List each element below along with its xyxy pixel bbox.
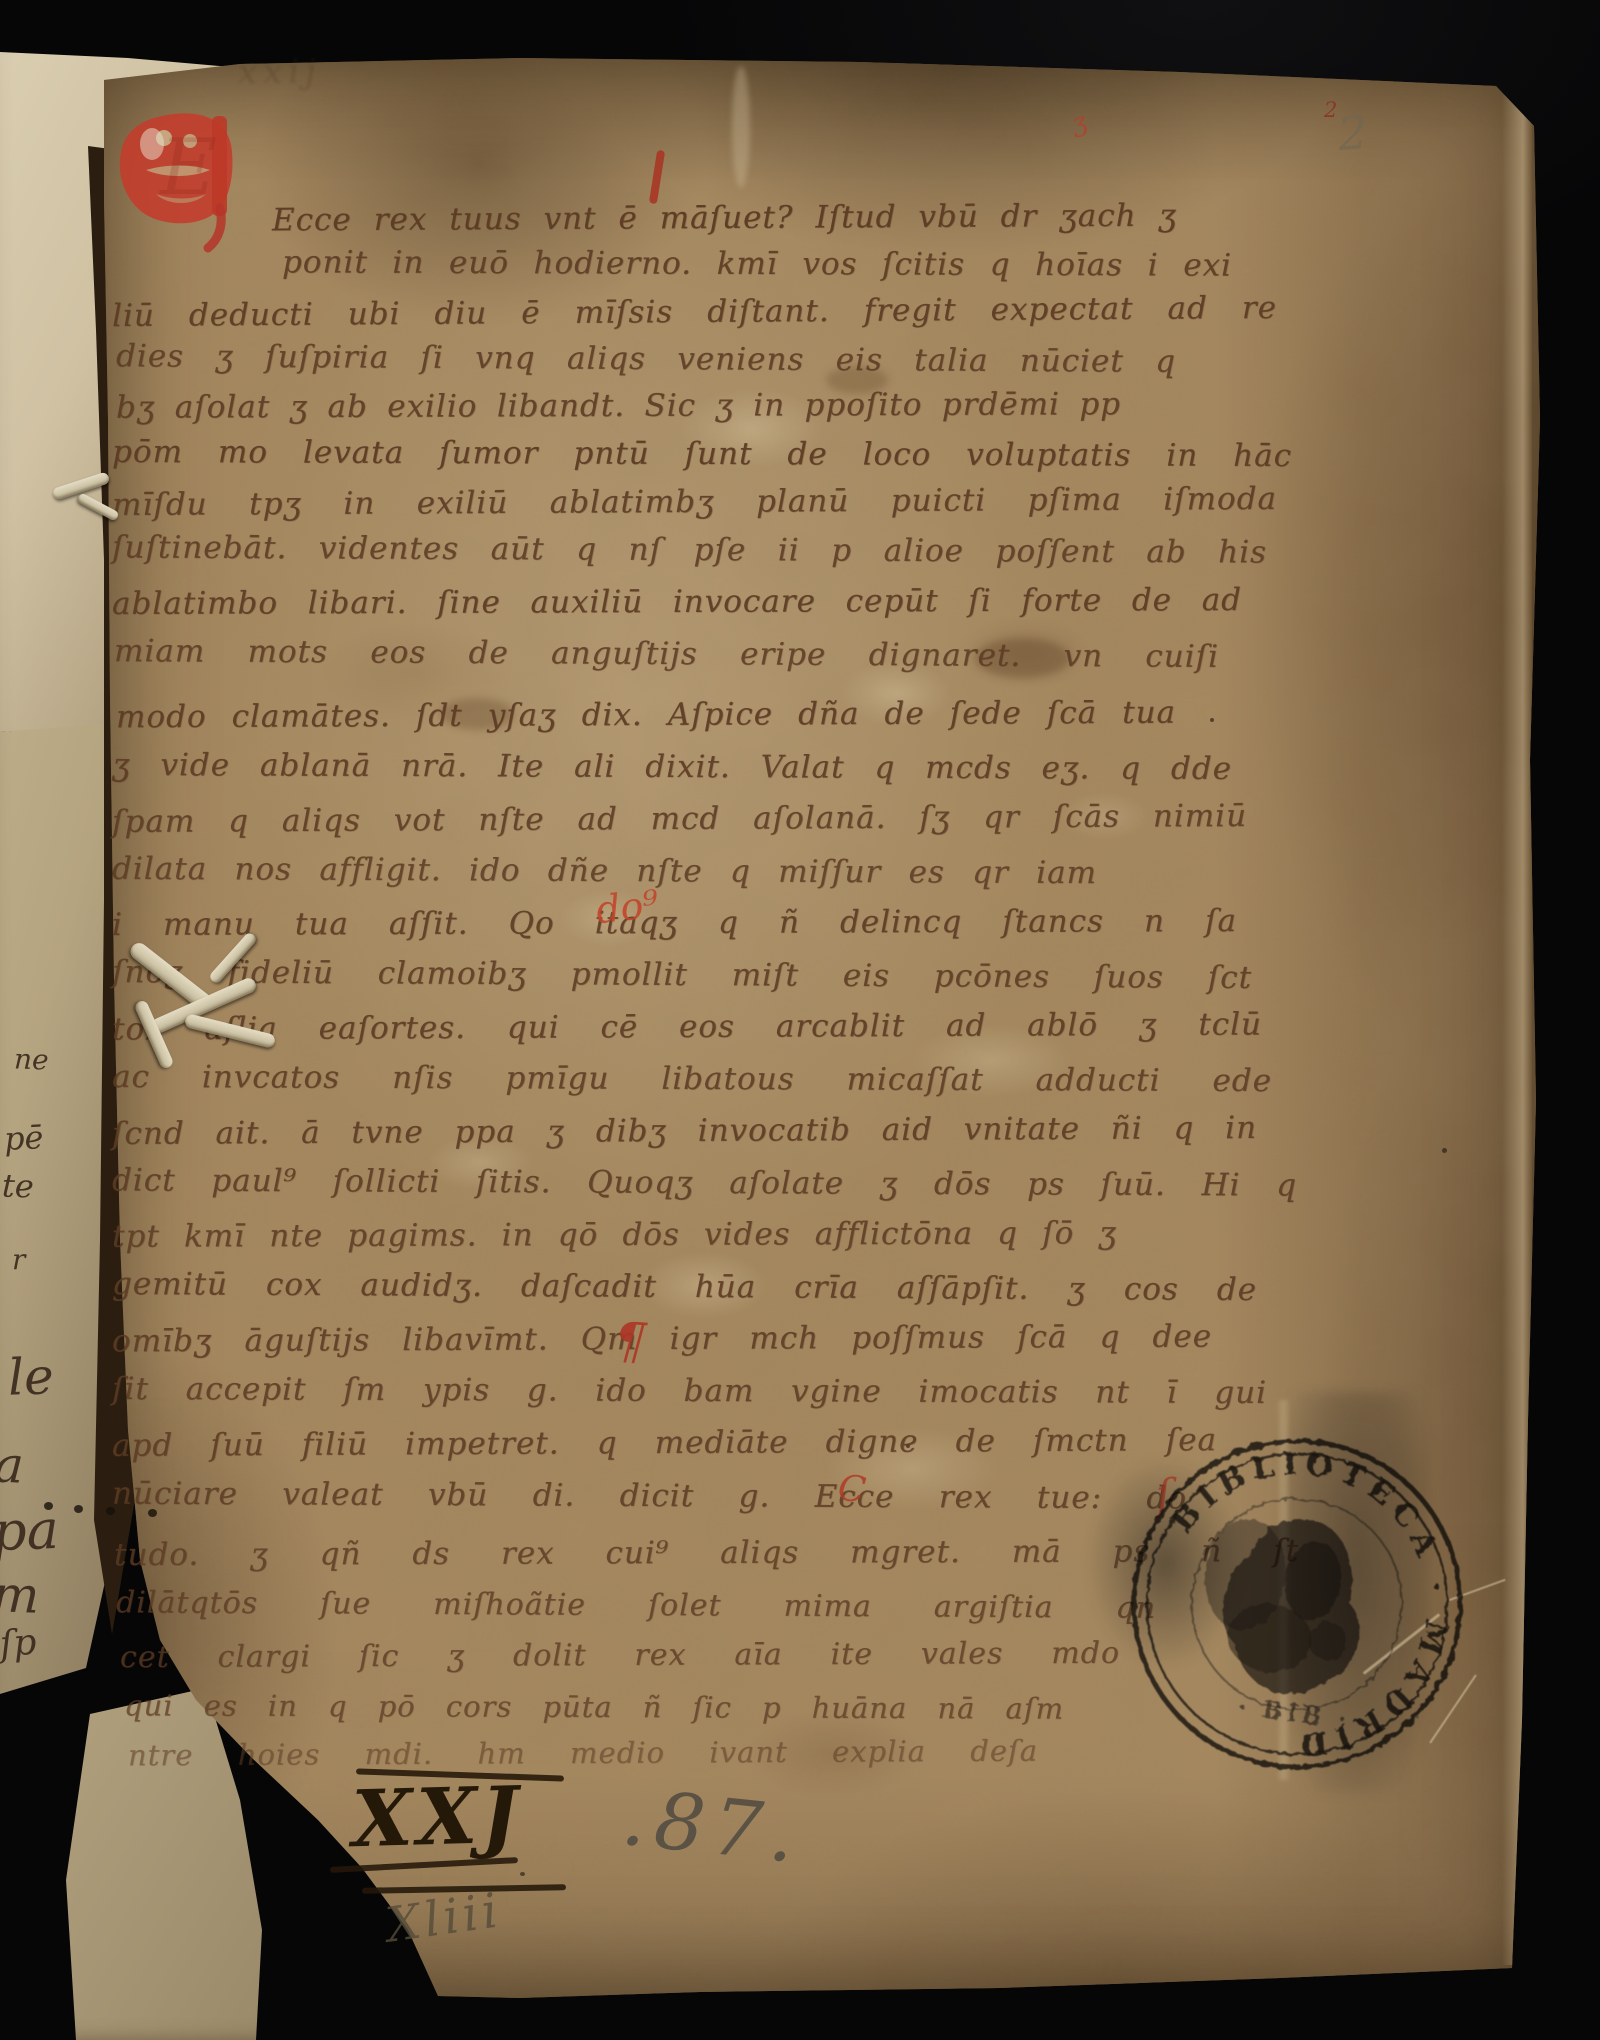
manuscript-line: ntre hoies mdi. hm medio ivant explia de… [128,1734,1038,1773]
manuscript-line: ſuſtinebāt. videntes aūt q nſ pſe ii p a… [112,529,1267,570]
manuscript-line: ʒ vide ablanā nrā. Ite ali dixit. Valat … [112,747,1232,787]
manuscript-line: tpt kmī nte pagims. in qō dōs vides affl… [112,1215,1117,1255]
manuscript-line: ſcnd ait. ā tvne ppa ʒ dibʒ invocatib ai… [112,1110,1257,1152]
manuscript-line: mīſdu tpʒ in exiliū ablatimbʒ planū puic… [112,481,1277,523]
shelfmark-roman: XXJ [351,1770,523,1865]
manuscript-line: modo clamātes. ſdt yſaʒ dix. Aſpice dña … [116,695,1176,736]
manuscript-line: dies ʒ ſuſpiria ſi vnq aliqs veniens eis… [116,338,1176,380]
folio-number: 2 [1336,105,1369,161]
library-stamp: BIBLIOTECA · MADRID · BIB · [1102,1409,1492,1799]
manuscript-line: nūciare valeat vbū di. dicit g. Ecce rex… [112,1476,1187,1517]
manuscript-line: miam mots eos de anguſtijs eripe dignare… [114,633,1219,675]
initial-letter-glyph: E [158,123,217,213]
manuscript-line: ablatimbo libari. ſine auxiliū invocare … [112,582,1242,622]
manuscript-line: dilātqtōs ſue miſhoãtie ſolet mima argiſ… [116,1585,1156,1625]
manuscript-line: bʒ aſolat ʒ ab exilio libandt. Sic ʒ in … [116,386,1121,426]
manuscript-line: i manu tua aſſit. Qo itaqʒ q ñ delincq ſ… [112,903,1237,943]
manuscript-line: Ecce rex tuus vnt ē māſuet? Iſtud vbū dr… [272,198,1177,239]
rubric-ecce-mark: C [836,1470,868,1509]
manuscript-line: gemitū cox audidʒ. daſcadit hūa crīa aſſ… [112,1266,1257,1308]
shelfmark-arabic-pencil: .87. [618,1773,807,1881]
folio-number-red: 2 [1324,98,1337,122]
rubric-pilcrow: ¶ [612,1315,647,1367]
manuscript-line: tox aſlia eaſortes. qui cē eos arcablit … [112,1006,1262,1047]
manuscript-line: liū deducti ubi diu ē mīſsis diſtant. fr… [112,290,1277,334]
lombard-initial-E: E [112,108,262,258]
manuscript-photo: nepēterleapamſp xxij Ecce [0,0,1600,2040]
manuscript-line: omībʒ āguſtijs libavīmt. Qm igr mch poſſ… [112,1319,1212,1360]
manuscript-line: qui es in q pō cors pūta ñ ſic p huāna n… [124,1688,1064,1725]
manuscript-line: ſit accepit ſm ypis g. ido bam vgine imo… [112,1371,1267,1411]
manuscript-line: ac invcatos nſis pmīgu libatous micaſſat… [112,1059,1272,1099]
manuscript-line: dilata nos affligit. ido dñe nſte q miſſ… [112,851,1097,891]
rubric-do-mark: do⁹ [594,885,660,929]
manuscript-line: apd ſuū filiū impetret. q mediāte digne … [112,1422,1217,1464]
manuscript-line: pōm mo levata ſumor pntū ſunt de loco vo… [112,434,1292,474]
manuscript-line: ponit in euō hodierno. kmī vos ſcitis q … [282,244,1232,283]
manuscript-line: dict paul⁹ ſollicti ſitis. Quoqʒ aſolate… [112,1162,1297,1203]
manuscript-line: ſpam q aliqs vot nſte ad mcd aſolanā. ſʒ… [112,798,1247,840]
manuscript-line: cet clargi ſic ʒ dolit rex aīa ite vales… [120,1636,1120,1675]
manuscript-line: ſnoʒ fideliū clamoibʒ pmollit miſt eis p… [112,954,1252,996]
